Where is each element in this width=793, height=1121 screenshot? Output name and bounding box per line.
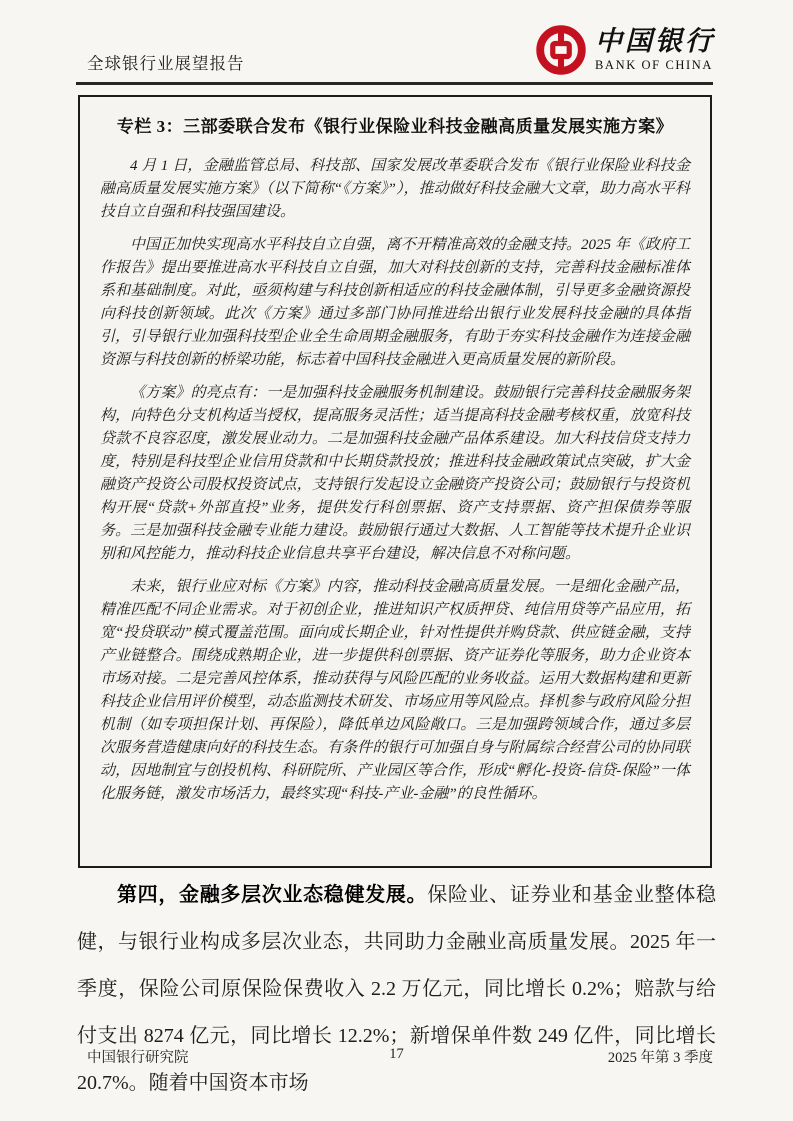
logo-cn-name: 中国银行 — [595, 28, 715, 55]
box-paragraph-3: 《方案》的亮点有：一是加强科技金融服务机制建设。鼓励银行完善科技金融服务架构，向… — [100, 382, 690, 566]
body-paragraph: 第四，金融多层次业态稳健发展。保险业、证券业和基金业整体稳健，与银行业构成多层次… — [77, 872, 716, 1107]
footer-issue: 2025 年第 3 季度 — [608, 1046, 713, 1067]
feature-box-column-3: 专栏 3：三部委联合发布《银行业保险业科技金融高质量发展实施方案》 4 月 1 … — [78, 95, 712, 868]
box-paragraph-4: 未来，银行业应对标《方案》内容，推动科技金融高质量发展。一是细化金融产品，精准匹… — [100, 576, 690, 806]
logo-en-name: BANK OF CHINA — [595, 59, 713, 72]
box-title: 专栏 3：三部委联合发布《银行业保险业科技金融高质量发展实施方案》 — [100, 115, 690, 139]
boc-emblem-icon — [535, 24, 587, 76]
box-paragraph-1: 4 月 1 日，金融监管总局、科技部、国家发展改革委联合发布《银行业保险业科技金… — [100, 155, 690, 224]
page-footer: 中国银行研究院 17 2025 年第 3 季度 — [0, 1046, 793, 1068]
logo-text: 中国银行 BANK OF CHINA — [595, 28, 715, 72]
header-divider — [76, 82, 713, 85]
report-title: 全球银行业展望报告 — [87, 50, 245, 74]
box-paragraph-2: 中国正加快实现高水平科技自立自强，离不开精准高效的金融支持。2025 年《政府工… — [100, 234, 690, 372]
document-page: 全球银行业展望报告 中国银行 BANK OF CHINA 专栏 3：三部委联合发… — [0, 0, 793, 1121]
body-paragraph-lead: 第四，金融多层次业态稳健发展。 — [117, 884, 427, 906]
page-header: 全球银行业展望报告 中国银行 BANK OF CHINA — [87, 22, 715, 80]
bank-of-china-logo: 中国银行 BANK OF CHINA — [535, 24, 715, 76]
